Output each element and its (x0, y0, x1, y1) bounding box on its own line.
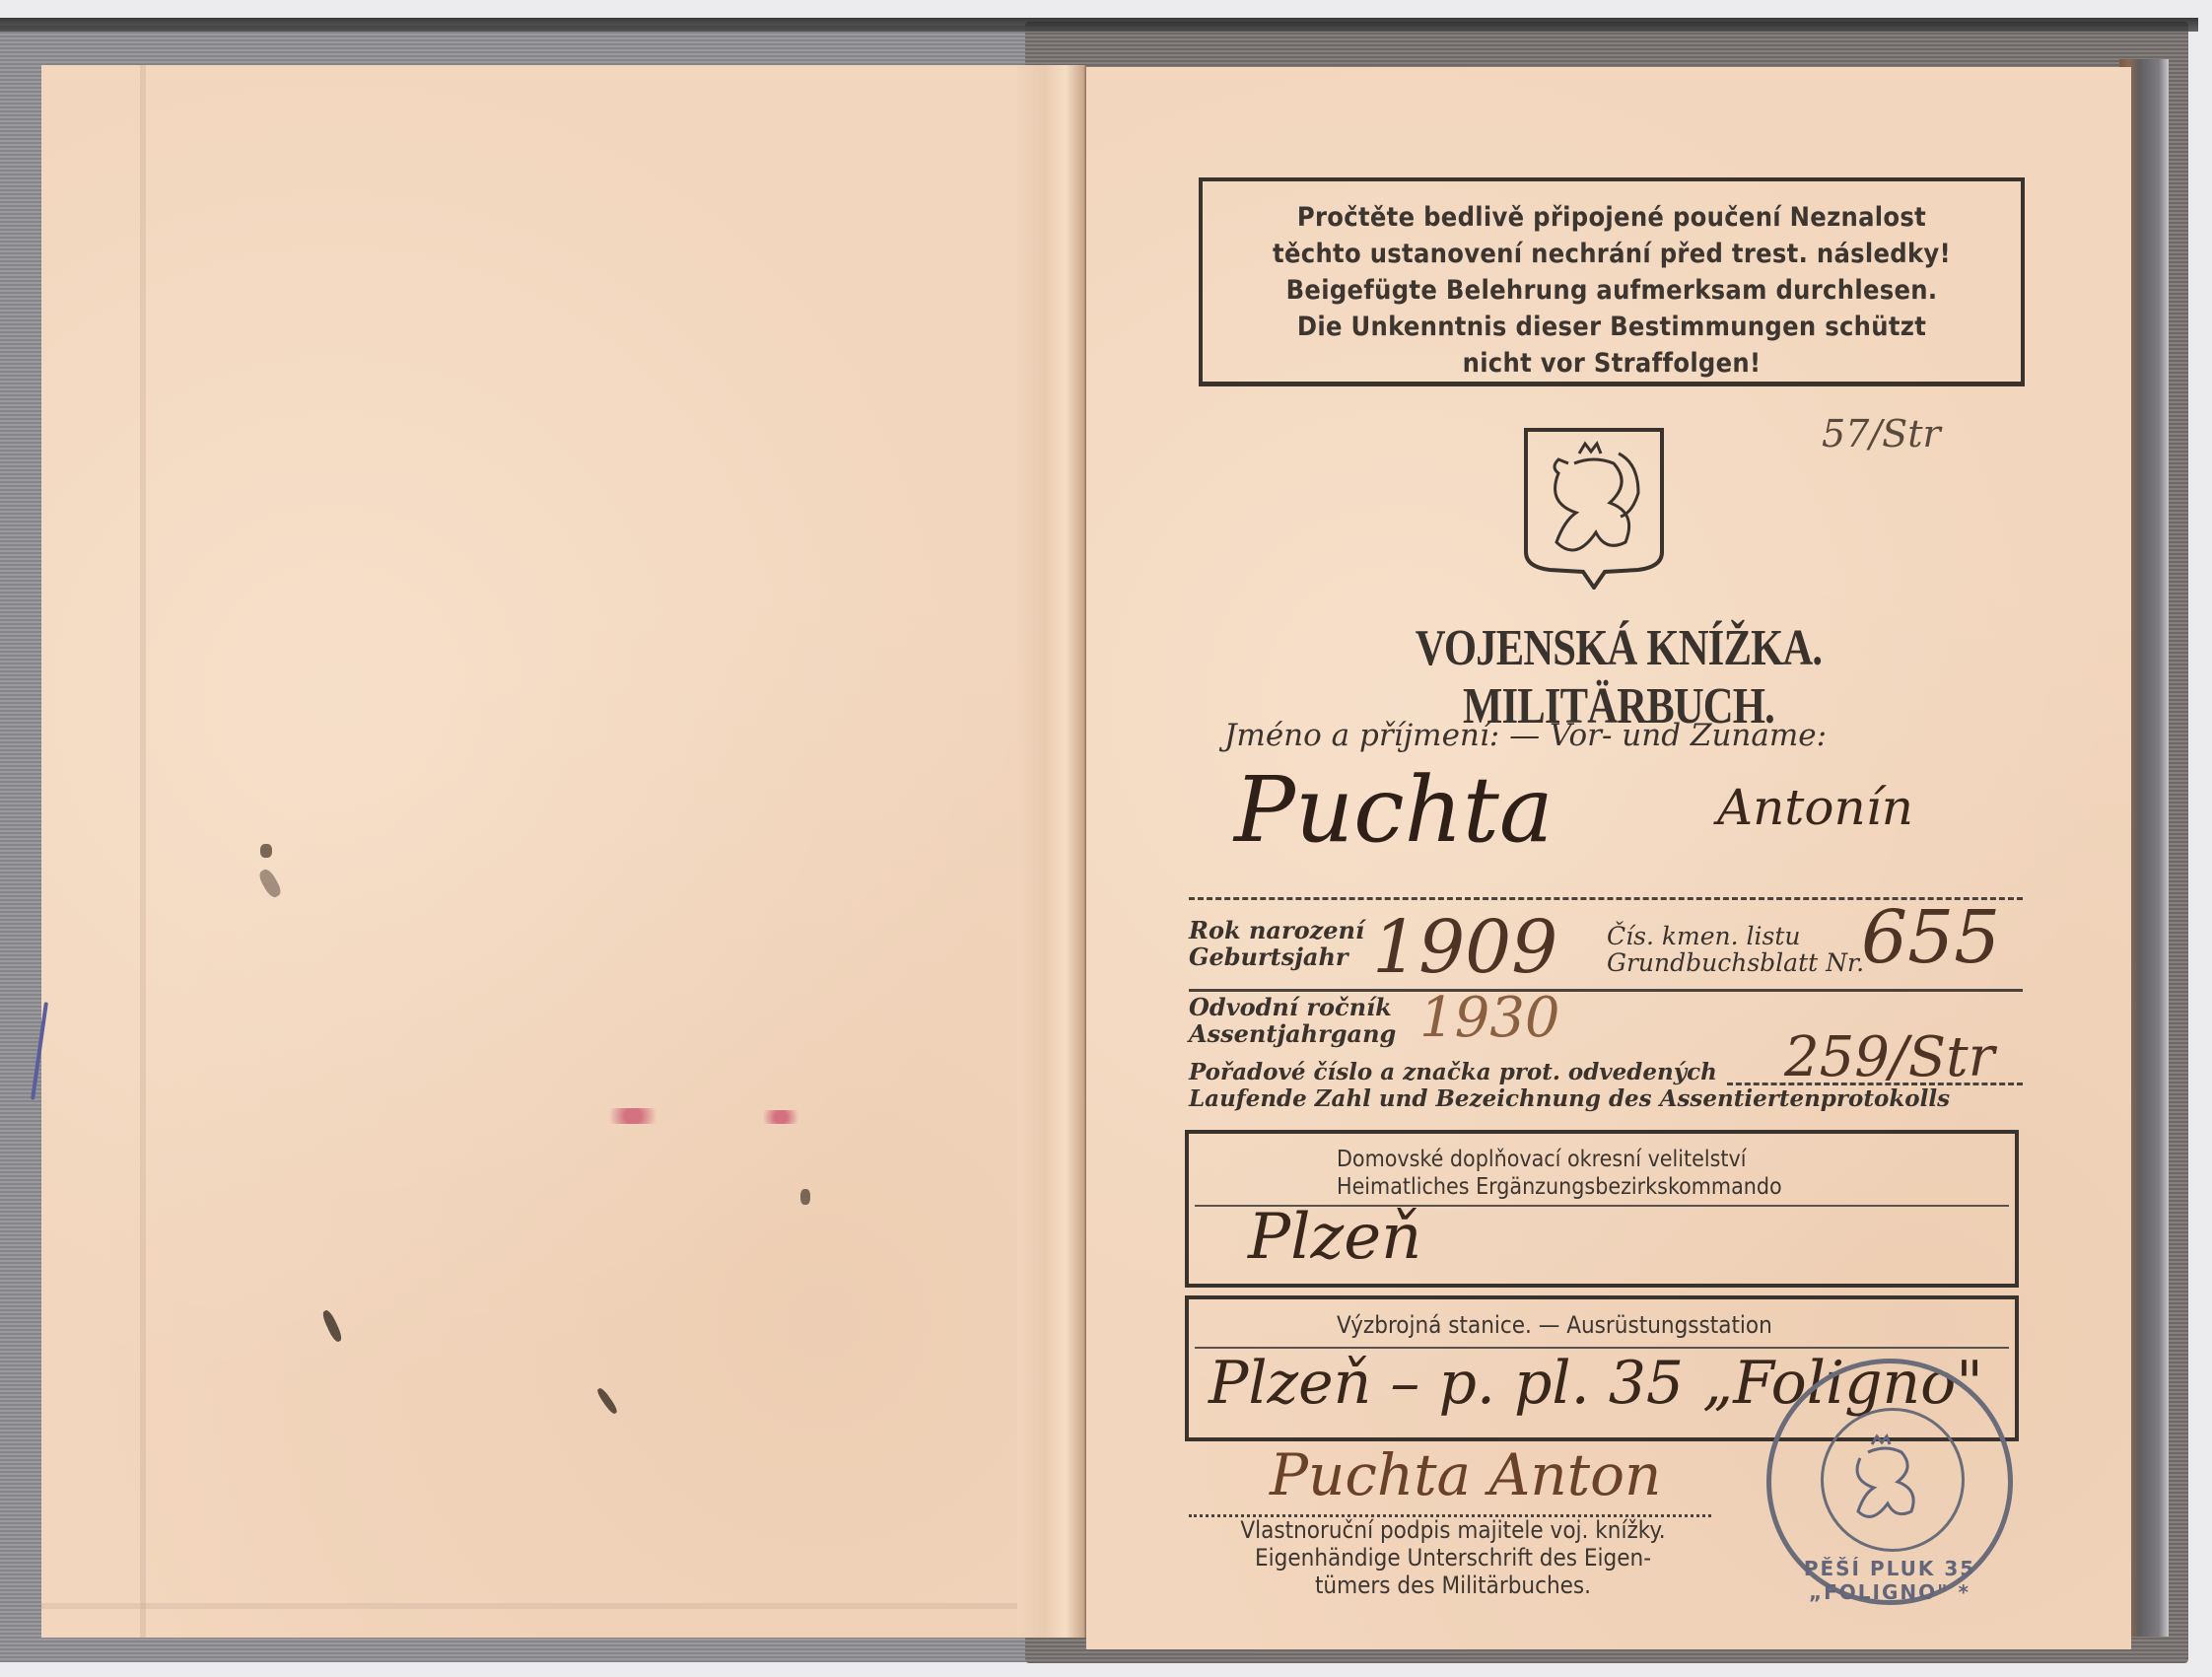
title-page: Pročtěte bedlivě připojené poučení Nezna… (1086, 67, 2131, 1649)
protocol-number-label: Pořadové číslo a značka prot. odvedených… (1189, 1059, 1950, 1112)
register-sheet-label-de: Grundbuchsblatt Nr. (1607, 949, 1864, 976)
book-top-edge (0, 18, 2198, 32)
home-command-label-cz: Domovské doplňovací okresní velitelství (1337, 1146, 1782, 1173)
notice-line: Beigefügte Belehrung aufmerksam durchles… (1203, 272, 2021, 309)
signature-caption-line: Vlastnoruční podpis majitele voj. knížky… (1177, 1516, 1729, 1544)
draft-year-label: Odvodní ročník Assentjahrgang (1189, 994, 1396, 1047)
notice-line: nicht vor Straffolgen! (1203, 345, 2021, 382)
notice-line: Die Unkenntnis dieser Bestimmungen schüt… (1203, 309, 2021, 345)
red-ink-mark (751, 1110, 810, 1124)
draft-year-label-cz: Odvodní ročník (1189, 994, 1396, 1020)
birth-year-label-de: Geburtsjahr (1189, 943, 1364, 970)
paper-fold-line (41, 1603, 1017, 1609)
draft-year-value: 1930 (1419, 986, 1560, 1050)
home-command-value: Plzeň (1248, 1201, 1421, 1274)
home-command-label-de: Heimatliches Ergänzungsbezirkskommando (1337, 1173, 1782, 1201)
ink-stain (595, 1386, 619, 1415)
ink-stain (320, 1308, 343, 1343)
stamp-text: PĚŠÍ PLUK 35 „FOLIGNO" * (1781, 1557, 1998, 1604)
paper-fold-line (140, 65, 146, 1638)
red-ink-mark (593, 1108, 672, 1124)
equipment-station-label: Výzbrojná stanice. — Ausrüstungsstation (1337, 1311, 1772, 1339)
birth-year-label-cz: Rok narození (1189, 917, 1364, 943)
register-sheet-label: Čís. kmen. listu Grundbuchsblatt Nr. (1607, 923, 1864, 976)
given-name-value: Antonín (1717, 779, 1913, 836)
owner-signature: Puchta Anton (1270, 1441, 1661, 1508)
signature-caption-line: Eigenhändige Unterschrift des Eigen- (1177, 1544, 1729, 1572)
signature-caption: Vlastnoruční podpis majitele voj. knížky… (1177, 1516, 1729, 1599)
coat-of-arms-lion-icon (1520, 424, 1668, 590)
home-command-box: Domovské doplňovací okresní velitelství … (1185, 1130, 2019, 1288)
regiment-stamp: PĚŠÍ PLUK 35 „FOLIGNO" * (1766, 1359, 2013, 1605)
protocol-underline (1727, 1083, 2023, 1085)
notice-line: těchto ustanovení nechrání před trest. n… (1203, 236, 2021, 272)
notice-line: Pročtěte bedlivě připojené poučení Nezna… (1203, 199, 2021, 236)
ink-stain (256, 868, 283, 900)
surname-value: Puchta (1234, 757, 1554, 863)
protocol-number-label-de: Laufende Zahl und Bezeichnung des Assent… (1189, 1085, 1950, 1112)
ink-stain (260, 844, 272, 858)
register-sheet-value: 655 (1861, 895, 2000, 980)
handwritten-reference-number: 57/Str (1822, 412, 1941, 455)
name-label: Jméno a příjmení: — Vor- und Zuname: (1224, 718, 1827, 753)
book-gutter (1017, 65, 1086, 1638)
birth-year-value: 1909 (1372, 905, 1557, 990)
left-endpaper (41, 65, 1017, 1638)
ink-stain (800, 1189, 810, 1205)
birth-year-label: Rok narození Geburtsjahr (1189, 917, 1364, 970)
register-sheet-label-cz: Čís. kmen. listu (1607, 923, 1864, 949)
warning-notice-box: Pročtěte bedlivě připojené poučení Nezna… (1199, 177, 2025, 386)
lion-icon (1842, 1425, 1941, 1531)
row-divider (1189, 989, 2023, 992)
protocol-number-label-cz: Pořadové číslo a značka prot. odvedených (1189, 1059, 1950, 1085)
home-command-label: Domovské doplňovací okresní velitelství … (1337, 1146, 1782, 1201)
draft-year-label-de: Assentjahrgang (1189, 1020, 1396, 1047)
signature-caption-line: tümers des Militärbuches. (1177, 1572, 1729, 1599)
